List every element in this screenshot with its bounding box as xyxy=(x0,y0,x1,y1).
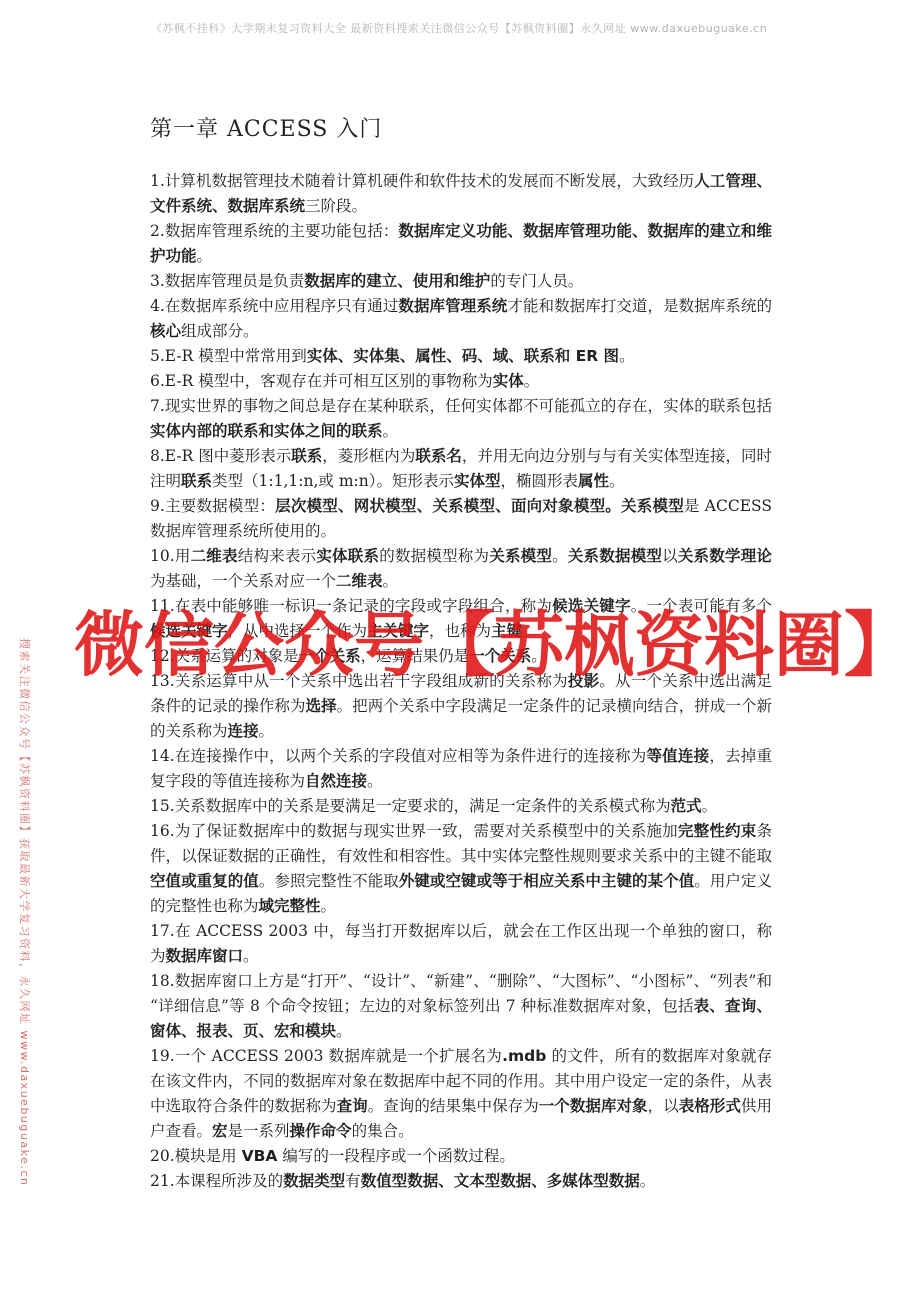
text-run: 。 xyxy=(552,547,568,565)
text-run: 。 xyxy=(383,422,399,440)
text-run: 。 xyxy=(702,797,718,815)
bold-run: 操作命令 xyxy=(290,1122,352,1140)
bold-run: 查询 xyxy=(337,1097,368,1115)
text-run: 。 xyxy=(619,347,635,365)
bold-run: 实体型 xyxy=(454,472,501,490)
paragraph: 21.本课程所涉及的数据类型有数值型数据、文本型数据、多媒体型数据。 xyxy=(150,1169,772,1194)
bold-run: 实体联系 xyxy=(316,547,379,565)
bold-run: 实体、实体集、属性、码、域、联系和 ER 图 xyxy=(307,347,619,365)
text-run: 。 xyxy=(336,1022,352,1040)
paragraph: 3.数据库管理员是负责数据库的建立、使用和维护的专门人员。 xyxy=(150,269,772,294)
paragraph: 11.在表中能够唯一标识一条记录的字段或字段组合，称为候选关键字。一个表可能有多… xyxy=(150,594,772,644)
bold-run: 连接 xyxy=(228,722,259,740)
bold-run: 宏 xyxy=(212,1122,228,1140)
bold-run: 数据库窗口 xyxy=(166,947,244,965)
text-run: 。 xyxy=(197,247,213,265)
text-run: 8.E-R 图中菱形表示 xyxy=(150,447,291,465)
bold-run: 联系名 xyxy=(415,447,462,465)
text-run: 21.本课程所涉及的 xyxy=(150,1172,283,1190)
text-run: 。 xyxy=(259,722,275,740)
text-run: 。 xyxy=(524,372,540,390)
text-run: 6.E-R 模型中，客观存在并可相互区别的事物称为 xyxy=(150,372,493,390)
bold-run: 二维表 xyxy=(191,547,238,565)
bold-run: 主键 xyxy=(491,622,522,640)
side-watermark-note: 搜索关注微信公众号【苏枫资料圈】获取最新大学复习资料，永久网址 www.daxu… xyxy=(17,638,33,1186)
chapter-title: 第一章 ACCESS 入门 xyxy=(150,112,772,143)
paragraph: 16.为了保证数据库中的数据与现实世界一致，需要对关系模型中的关系施加完整性约束… xyxy=(150,819,772,919)
bold-run: 数据类型 xyxy=(283,1172,345,1190)
text-run: ，椭圆形表 xyxy=(501,472,579,490)
text-run: 14.在连接操作中，以两个关系的字段值对应相等为条件进行的连接称为 xyxy=(150,747,646,765)
text-run: 组成部分。 xyxy=(181,322,259,340)
text-run: ，菱形框内为 xyxy=(322,447,415,465)
bold-run: 完整性约束 xyxy=(678,822,757,840)
bold-run: 空值或重复的值 xyxy=(150,872,259,890)
bold-run: 关系模型 xyxy=(489,547,552,565)
text-run: 。 xyxy=(522,622,538,640)
text-run: 有 xyxy=(345,1172,361,1190)
paragraph: 2.数据库管理系统的主要功能包括：数据库定义功能、数据库管理功能、数据库的建立和… xyxy=(150,219,772,269)
bold-run: 实体内部的联系和实体之间的联系 xyxy=(150,422,383,440)
text-run: 18.数据库窗口上方是“打开”、“设计”、“新建”、“删除”、“大图标”、“小图… xyxy=(150,972,772,1015)
text-run: 16.为了保证数据库中的数据与现实世界一致，需要对关系模型中的关系施加 xyxy=(150,822,678,840)
text-run: 9.主要数据模型： xyxy=(150,497,275,515)
bold-run: 层次模型、网状模型、关系模型、面向对象模型。关系模型 xyxy=(275,497,684,515)
paragraph: 10.用二维表结构来表示实体联系的数据模型称为关系模型。关系数据模型以关系数学理… xyxy=(150,544,772,594)
text-run: 。一个表可能有多个 xyxy=(631,597,772,615)
bold-run: 关系数学理论 xyxy=(678,547,772,565)
paragraph: 1.计算机数据管理技术随着计算机硬件和软件技术的发展而不断发展，大致经历人工管理… xyxy=(150,169,772,219)
paragraph: 19.一个 ACCESS 2003 数据库就是一个扩展名为.mdb 的文件，所有… xyxy=(150,1044,772,1144)
bold-run: 联系 xyxy=(181,472,212,490)
bold-run: 选择 xyxy=(306,697,337,715)
bold-run: 域完整性 xyxy=(259,897,321,915)
paragraph: 4.在数据库系统中应用程序只有通过数据库管理系统才能和数据库打交道，是数据库系统… xyxy=(150,294,772,344)
text-run: 13.关系运算中从一个关系中选出若干字段组成新的关系称为 xyxy=(150,672,568,690)
bold-run: 一个关系 xyxy=(469,647,531,665)
bold-run: .mdb xyxy=(502,1047,546,1065)
text-run: 类型（1:1,1:n,或 m:n）。矩形表示 xyxy=(212,472,454,490)
text-run: 结构来表示 xyxy=(238,547,317,565)
text-run: 。 xyxy=(609,472,625,490)
text-run: 10.用 xyxy=(150,547,191,565)
text-run: 。 xyxy=(531,647,547,665)
bold-run: 外键或空键或等于相应关系中主键的某个值 xyxy=(399,872,694,890)
text-run: ，运算结果仍是 xyxy=(361,647,470,665)
paragraph: 15.关系数据库中的关系是要满足一定要求的，满足一定条件的关系模式称为范式。 xyxy=(150,794,772,819)
bold-run: 候选关键字 xyxy=(552,597,631,615)
paragraph: 13.关系运算中从一个关系中选出若干字段组成新的关系称为投影。从一个关系中选出满… xyxy=(150,669,772,744)
bold-run: 联系 xyxy=(291,447,322,465)
bold-run: 实体 xyxy=(493,372,524,390)
bold-run: 核心 xyxy=(150,322,181,340)
text-run: ，也称为 xyxy=(429,622,491,640)
text-run: 。参照完整性不能取 xyxy=(259,872,399,890)
bold-run: 属性 xyxy=(578,472,609,490)
text-run: 2.数据库管理系统的主要功能包括： xyxy=(150,222,398,240)
text-run: 。 xyxy=(321,897,337,915)
paragraph: 20.模块是用 VBA 编写的一段程序或一个函数过程。 xyxy=(150,1144,772,1169)
paragraph: 8.E-R 图中菱形表示联系，菱形框内为联系名，并用无向边分别与与有关实体型连接… xyxy=(150,444,772,494)
bold-run: VBA xyxy=(242,1147,278,1165)
document-content: 第一章 ACCESS 入门 1.计算机数据管理技术随着计算机硬件和软件技术的发展… xyxy=(150,112,772,1194)
paragraphs: 1.计算机数据管理技术随着计算机硬件和软件技术的发展而不断发展，大致经历人工管理… xyxy=(150,169,772,1194)
text-run: 。 xyxy=(383,572,399,590)
text-run: 7.现实世界的事物之间总是存在某种联系，任何实体都不可能孤立的存在，实体的联系包… xyxy=(150,397,772,415)
text-run: ，从中选择一个作为 xyxy=(228,622,368,640)
paragraph: 7.现实世界的事物之间总是存在某种联系，任何实体都不可能孤立的存在，实体的联系包… xyxy=(150,394,772,444)
text-run: 的数据模型称为 xyxy=(379,547,489,565)
text-run: 15.关系数据库中的关系是要满足一定要求的，满足一定条件的关系模式称为 xyxy=(150,797,671,815)
text-run: 是一系列 xyxy=(228,1122,290,1140)
bold-run: 自然连接 xyxy=(305,772,367,790)
bold-run: 二维表 xyxy=(336,572,383,590)
text-run: ，以 xyxy=(648,1097,679,1115)
bold-run: 数据库管理系统 xyxy=(398,297,507,315)
page-header-note: 《苏枫不挂科》大学期末复习资料大全 最新资料搜索关注微信公众号【苏枫资料圈】永久… xyxy=(0,20,918,36)
bold-run: 表格形式 xyxy=(679,1097,741,1115)
text-run: 编写的一段程序或一个函数过程。 xyxy=(277,1147,514,1165)
text-run: 1.计算机数据管理技术随着计算机硬件和软件技术的发展而不断发展，大致经历 xyxy=(150,172,694,190)
document-page: 《苏枫不挂科》大学期末复习资料大全 最新资料搜索关注微信公众号【苏枫资料圈】永久… xyxy=(0,0,918,1298)
bold-run: 关系数据模型 xyxy=(568,547,662,565)
paragraph: 14.在连接操作中，以两个关系的字段值对应相等为条件进行的连接称为等值连接，去掉… xyxy=(150,744,772,794)
text-run: 才能和数据库打交道，是数据库系统的 xyxy=(507,297,772,315)
text-run: 11.在表中能够唯一标识一条记录的字段或字段组合，称为 xyxy=(150,597,552,615)
paragraph: 17.在 ACCESS 2003 中，每当打开数据库以后，就会在工作区出现一个单… xyxy=(150,919,772,969)
bold-run: 数据库的建立、使用和维护 xyxy=(304,272,490,290)
text-run: 12.关系运算的对象是 xyxy=(150,647,299,665)
bold-run: 一个数据库对象 xyxy=(539,1097,648,1115)
text-run: 三阶段。 xyxy=(305,197,367,215)
paragraph: 9.主要数据模型：层次模型、网状模型、关系模型、面向对象模型。关系模型是 ACC… xyxy=(150,494,772,544)
bold-run: 范式 xyxy=(671,797,702,815)
text-run: 为基础，一个关系对应一个 xyxy=(150,572,336,590)
bold-run: 候选关键字 xyxy=(150,622,228,640)
bold-run: 投影 xyxy=(568,672,599,690)
text-run: 20.模块是用 xyxy=(150,1147,242,1165)
bold-run: 一个关系 xyxy=(299,647,361,665)
paragraph: 12.关系运算的对象是一个关系，运算结果仍是一个关系。 xyxy=(150,644,772,669)
text-run: 。 xyxy=(243,947,259,965)
paragraph: 18.数据库窗口上方是“打开”、“设计”、“新建”、“删除”、“大图标”、“小图… xyxy=(150,969,772,1044)
paragraph: 5.E-R 模型中常常用到实体、实体集、属性、码、域、联系和 ER 图。 xyxy=(150,344,772,369)
bold-run: 数值型数据、文本型数据、多媒体型数据 xyxy=(361,1172,640,1190)
text-run: 。查询的结果集中保存为 xyxy=(368,1097,539,1115)
text-run: 。 xyxy=(367,772,383,790)
text-run: 19.一个 ACCESS 2003 数据库就是一个扩展名为 xyxy=(150,1047,502,1065)
text-run: 的集合。 xyxy=(352,1122,414,1140)
text-run: 4.在数据库系统中应用程序只有通过 xyxy=(150,297,398,315)
text-run: 5.E-R 模型中常常用到 xyxy=(150,347,307,365)
bold-run: 等值连接 xyxy=(646,747,709,765)
bold-run: 主关键字 xyxy=(367,622,429,640)
text-run: 。 xyxy=(640,1172,656,1190)
text-run: 的专门人员。 xyxy=(490,272,583,290)
text-run: 以 xyxy=(662,547,678,565)
text-run: 3.数据库管理员是负责 xyxy=(150,272,304,290)
paragraph: 6.E-R 模型中，客观存在并可相互区别的事物称为实体。 xyxy=(150,369,772,394)
